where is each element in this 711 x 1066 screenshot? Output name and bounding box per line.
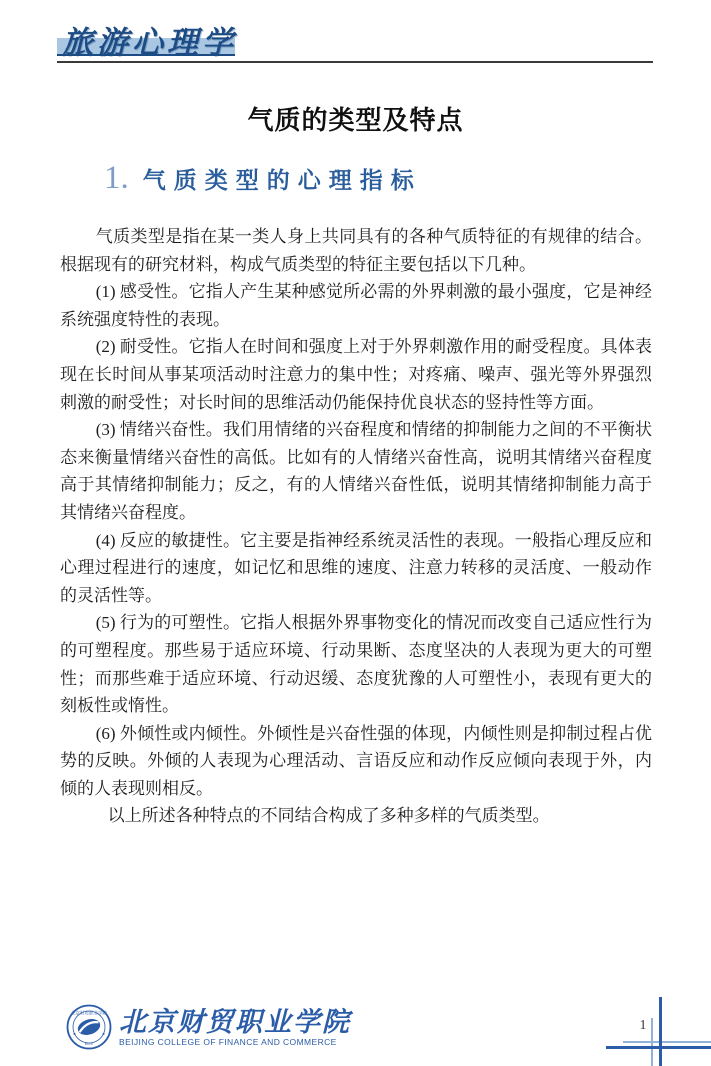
page-title: 气质的类型及特点 xyxy=(0,100,711,137)
body-paragraph: 以上所述各种特点的不同结合构成了多种多样的气质类型。 xyxy=(60,802,652,830)
textbook-page: 旅游心理学 气质的类型及特点 1. 气质类型的心理指标 气质类型是指在某一类人身… xyxy=(0,0,711,1066)
article-body: 气质类型是指在某一类人身上共同具有的各种气质特征的有规律的结合。根据现有的研究材… xyxy=(60,223,652,830)
book-title: 旅游心理学 xyxy=(62,17,237,62)
body-paragraph: 气质类型是指在某一类人身上共同具有的各种气质特征的有规律的结合。根据现有的研究材… xyxy=(60,223,652,278)
page-number: 1 xyxy=(636,1018,650,1034)
body-paragraph: (4) 反应的敏捷性。它主要是指神经系统灵活性的表现。一般指心理反应和心理过程进… xyxy=(60,527,652,610)
body-paragraph: (3) 情绪兴奋性。我们用情绪的兴奋程度和情绪的抑制能力之间的不平衡状态来衡量情… xyxy=(60,416,652,526)
section-number: 1. xyxy=(104,160,129,196)
header-divider xyxy=(57,61,653,63)
college-name-chinese: 北京财贸职业学院 xyxy=(119,1007,351,1037)
svg-text:BCFC: BCFC xyxy=(85,1042,94,1046)
body-paragraph: (1) 感受性。它指人产生某种感觉所必需的外界刺激的最小强度，它是神经系统强度特… xyxy=(60,278,652,333)
college-names: 北京财贸职业学院 BEIJING COLLEGE OF FINANCE AND … xyxy=(119,1007,351,1047)
svg-text:北京财贸职业学院: 北京财贸职业学院 xyxy=(71,1010,107,1017)
college-logo: 北京财贸职业学院 BCFC 北京财贸职业学院 BEIJING COLLEGE O… xyxy=(66,1004,351,1050)
body-paragraph: (6) 外倾性或内倾性。外倾性是兴奋性强的体现，内倾性则是抑制过程占优势的反映。… xyxy=(60,720,652,803)
corner-ornament-horizontal-light xyxy=(623,1041,711,1043)
body-paragraph: (5) 行为的可塑性。它指人根据外界事物变化的情况而改变自己适应性行为的可塑程度… xyxy=(60,609,652,719)
corner-ornament-vertical-dark xyxy=(659,997,662,1066)
section-heading: 1. 气质类型的心理指标 xyxy=(104,160,422,196)
college-seal-icon: 北京财贸职业学院 BCFC xyxy=(66,1004,112,1050)
corner-ornament-horizontal-dark xyxy=(606,1046,711,1049)
college-name-english: BEIJING COLLEGE OF FINANCE AND COMMERCE xyxy=(119,1037,351,1047)
body-paragraph: (2) 耐受性。它指人在时间和强度上对于外界刺激作用的耐受程度。具体表现在长时间… xyxy=(60,333,652,416)
section-title: 气质类型的心理指标 xyxy=(143,164,422,196)
